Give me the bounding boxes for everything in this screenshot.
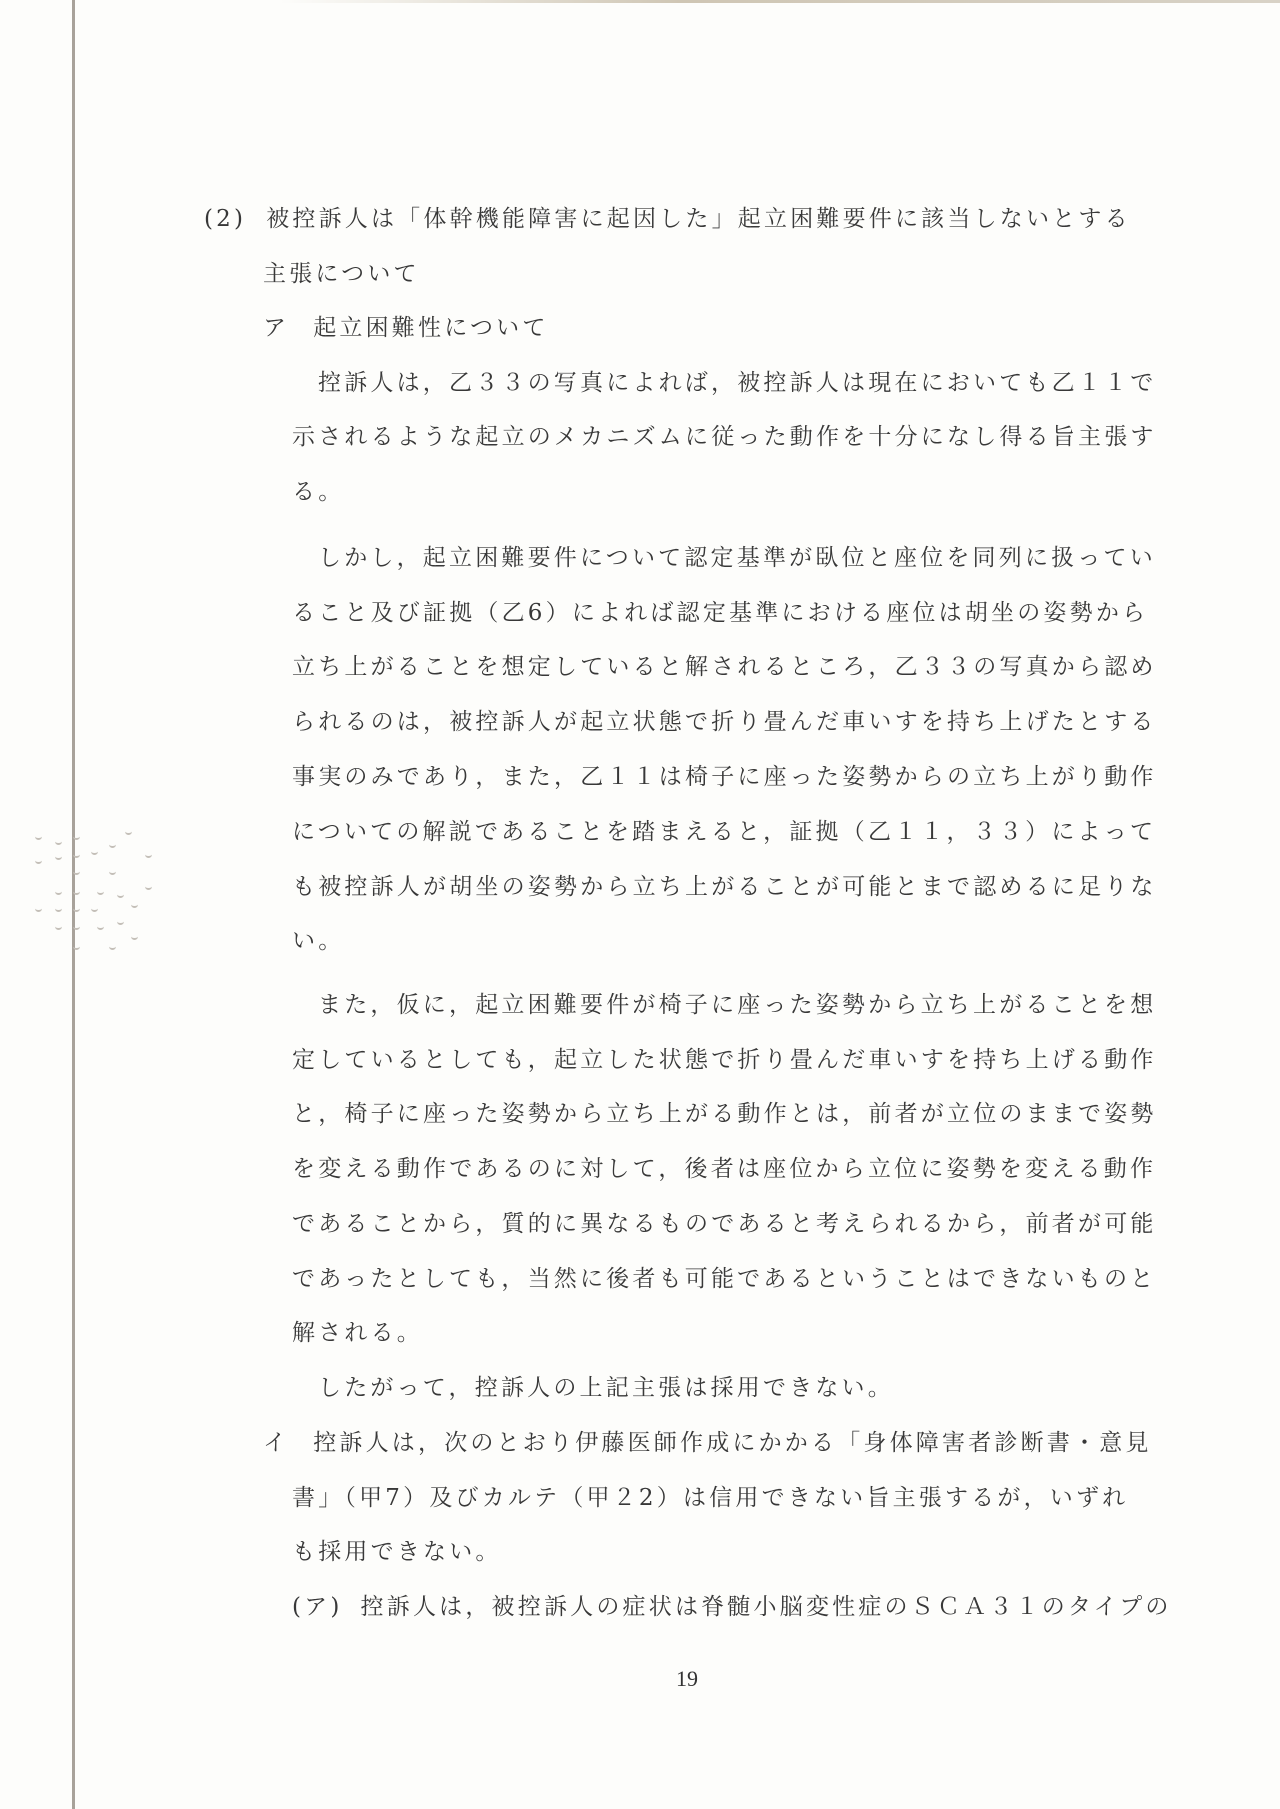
paragraph-line: られるのは，被控訴人が起立状態で折り畳んだ車いすを持ち上げたとする — [292, 707, 1157, 737]
paragraph-line: 事実のみであり，また，乙１１は椅子に座った姿勢からの立ち上がり動作 — [292, 762, 1157, 792]
subsection-i-line: イ控訴人は，次のとおり伊藤医師作成にかかる「身体障害者診断書・意見 — [263, 1428, 1152, 1458]
section-heading-cont: 主張について — [263, 259, 420, 289]
page-number: 19 — [676, 1666, 698, 1692]
paragraph-line: い。 — [292, 926, 344, 956]
item-a-marker: (ア) — [292, 1594, 343, 1620]
section-marker: (2) — [204, 206, 246, 232]
paragraph-line: を変える動作であるのに対して，後者は座位から立位に姿勢を変える動作 — [292, 1154, 1156, 1184]
paragraph-line: ること及び証拠（乙6）によれば認定基準における座位は胡坐の姿勢から — [292, 598, 1148, 628]
paragraph-line: であることから，質的に異なるものであると考えられるから，前者が可能 — [292, 1209, 1157, 1239]
paragraph-line: 定しているとしても，起立した状態で折り畳んだ車いすを持ち上げる動作 — [292, 1045, 1157, 1075]
staple-punch-marks — [25, 835, 155, 985]
paragraph-line: であったとしても，当然に後者も可能であるということはできないものと — [292, 1264, 1156, 1294]
paragraph-line: も被控訴人が胡坐の姿勢から立ち上がることが可能とまで認めるに足りな — [292, 872, 1157, 902]
paper-top-edge — [280, 0, 1280, 3]
paragraph-line: 示されるような起立のメカニズムに従った動作を十分になし得る旨主張す — [292, 422, 1157, 452]
paragraph-line: また，仮に，起立困難要件が椅子に座った姿勢から立ち上がることを想 — [318, 990, 1156, 1020]
paragraph-line: 解される。 — [292, 1318, 423, 1348]
paragraph-line: したがって，控訴人の上記主張は採用できない。 — [318, 1373, 894, 1403]
subsection-a-heading: ア起立困難性について — [263, 313, 549, 343]
paragraph-line: る。 — [292, 477, 344, 507]
paragraph-line: 立ち上がることを想定していると解されるところ，乙３３の写真から認め — [292, 652, 1157, 682]
section-heading: (2)被控訴人は「体幹機能障害に起因した」起立困難要件に該当しないとする — [204, 204, 1131, 234]
subsection-i-marker: イ — [263, 1430, 289, 1456]
item-a-line: (ア)控訴人は，被控訴人の症状は脊髄小脳変性症のＳＣＡ３１のタイプの — [292, 1592, 1172, 1622]
paragraph-line: と，椅子に座った姿勢から立ち上がる動作とは，前者が立位のままで姿勢 — [292, 1099, 1157, 1129]
paragraph-line: 控訴人は，乙３３の写真によれば，被控訴人は現在においても乙１１で — [318, 368, 1156, 398]
subsection-a-marker: ア — [263, 315, 289, 341]
paragraph-line: 書」（甲7）及びカルテ（甲２2）は信用できない旨主張するが，いずれ — [292, 1483, 1128, 1513]
paragraph-line: についての解説であることを踏まえると，証拠（乙１１，３３）によって — [292, 817, 1156, 847]
subsection-a-title: 起立困難性について — [313, 315, 548, 341]
paragraph-line: しかし，起立困難要件について認定基準が臥位と座位を同列に扱ってい — [318, 543, 1156, 573]
paragraph-line: も採用できない。 — [292, 1537, 502, 1567]
